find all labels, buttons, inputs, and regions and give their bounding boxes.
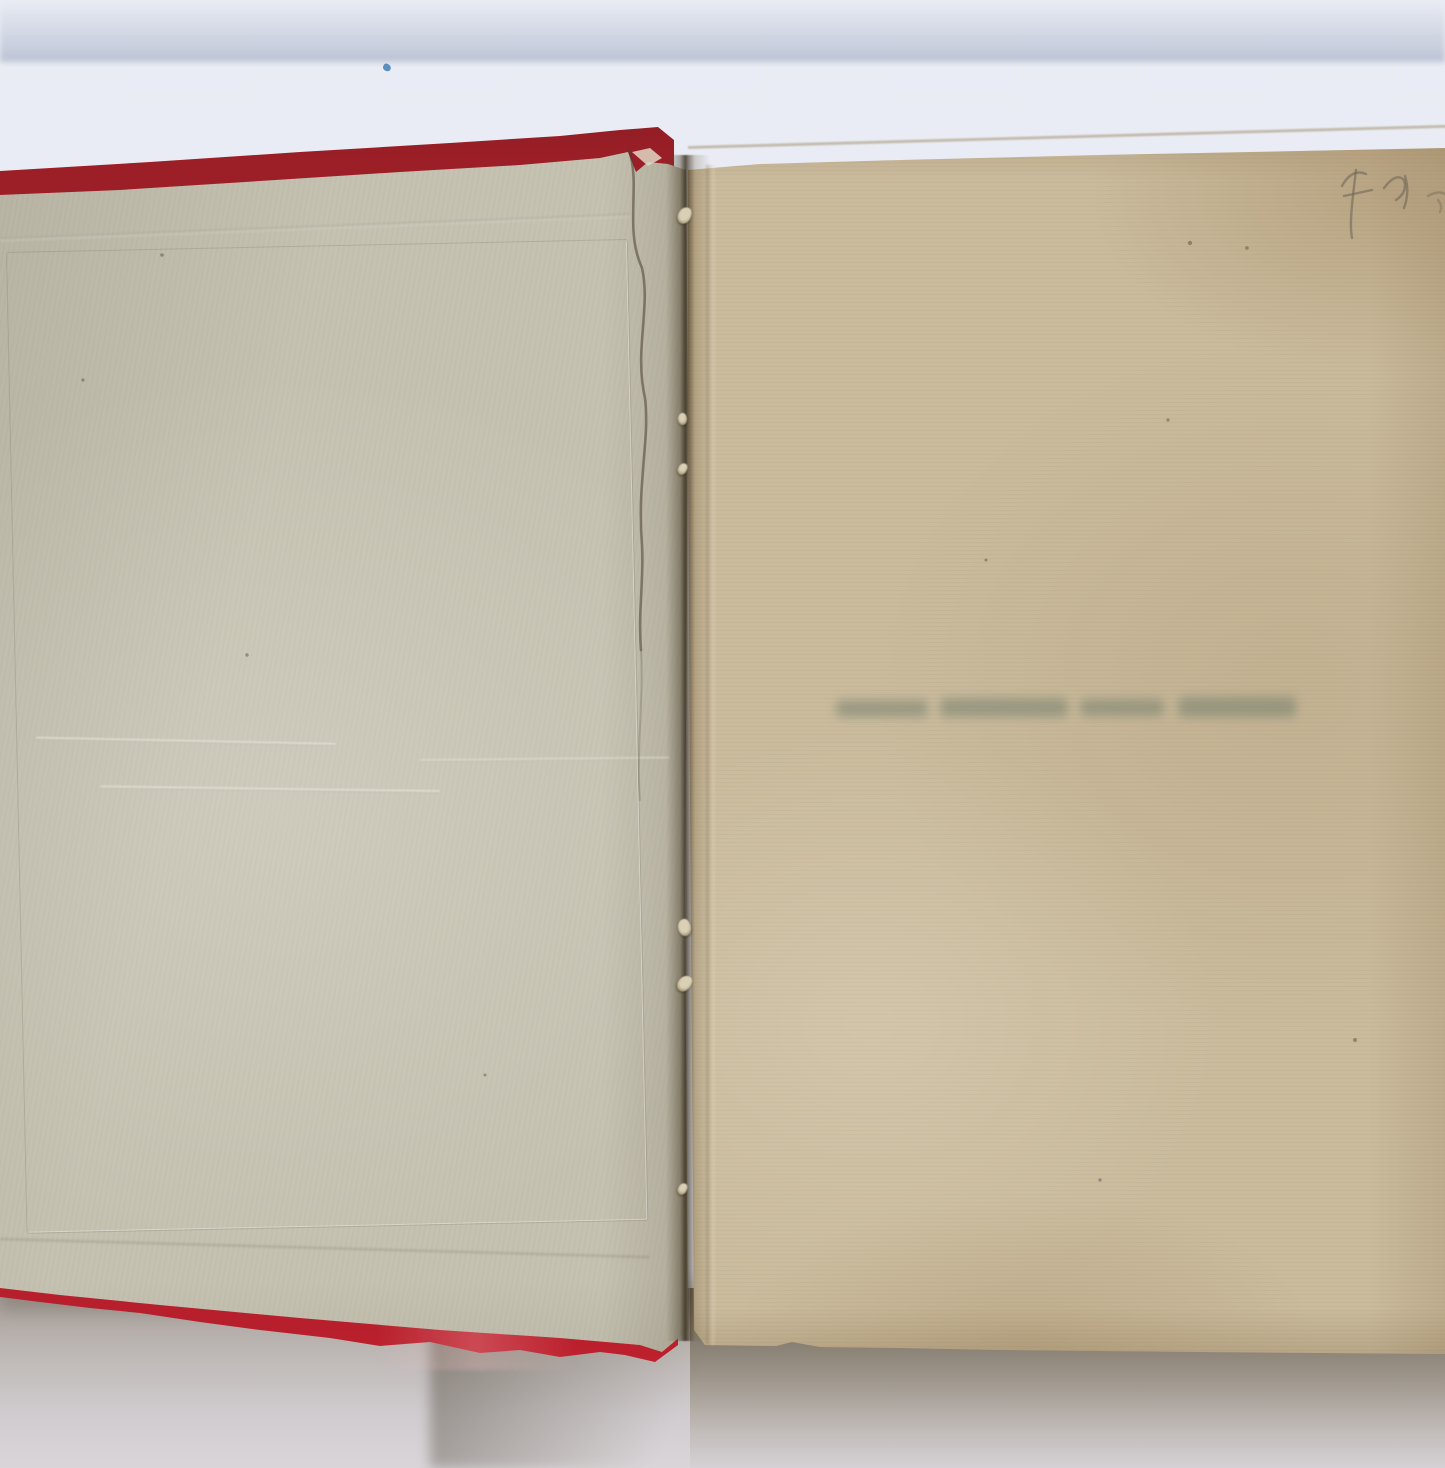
flyleaf-page	[680, 130, 1445, 1370]
show-through-text-band	[832, 690, 1302, 728]
show-through-word	[836, 700, 928, 717]
binding-gutter	[666, 155, 710, 1341]
sewing-stitch	[676, 205, 694, 225]
shadow-band-above-book	[0, 0, 1445, 62]
sewing-stitch	[676, 462, 688, 476]
sewing-stitch	[675, 917, 693, 937]
photo-open-book	[0, 0, 1445, 1468]
panel-impression	[6, 239, 648, 1234]
sewing-stitch	[675, 973, 695, 994]
sewing-stitch	[677, 412, 688, 426]
show-through-word	[940, 698, 1068, 717]
show-through-word	[1178, 697, 1296, 717]
sewing-stitch	[676, 1182, 688, 1196]
show-through-word	[1080, 699, 1164, 716]
